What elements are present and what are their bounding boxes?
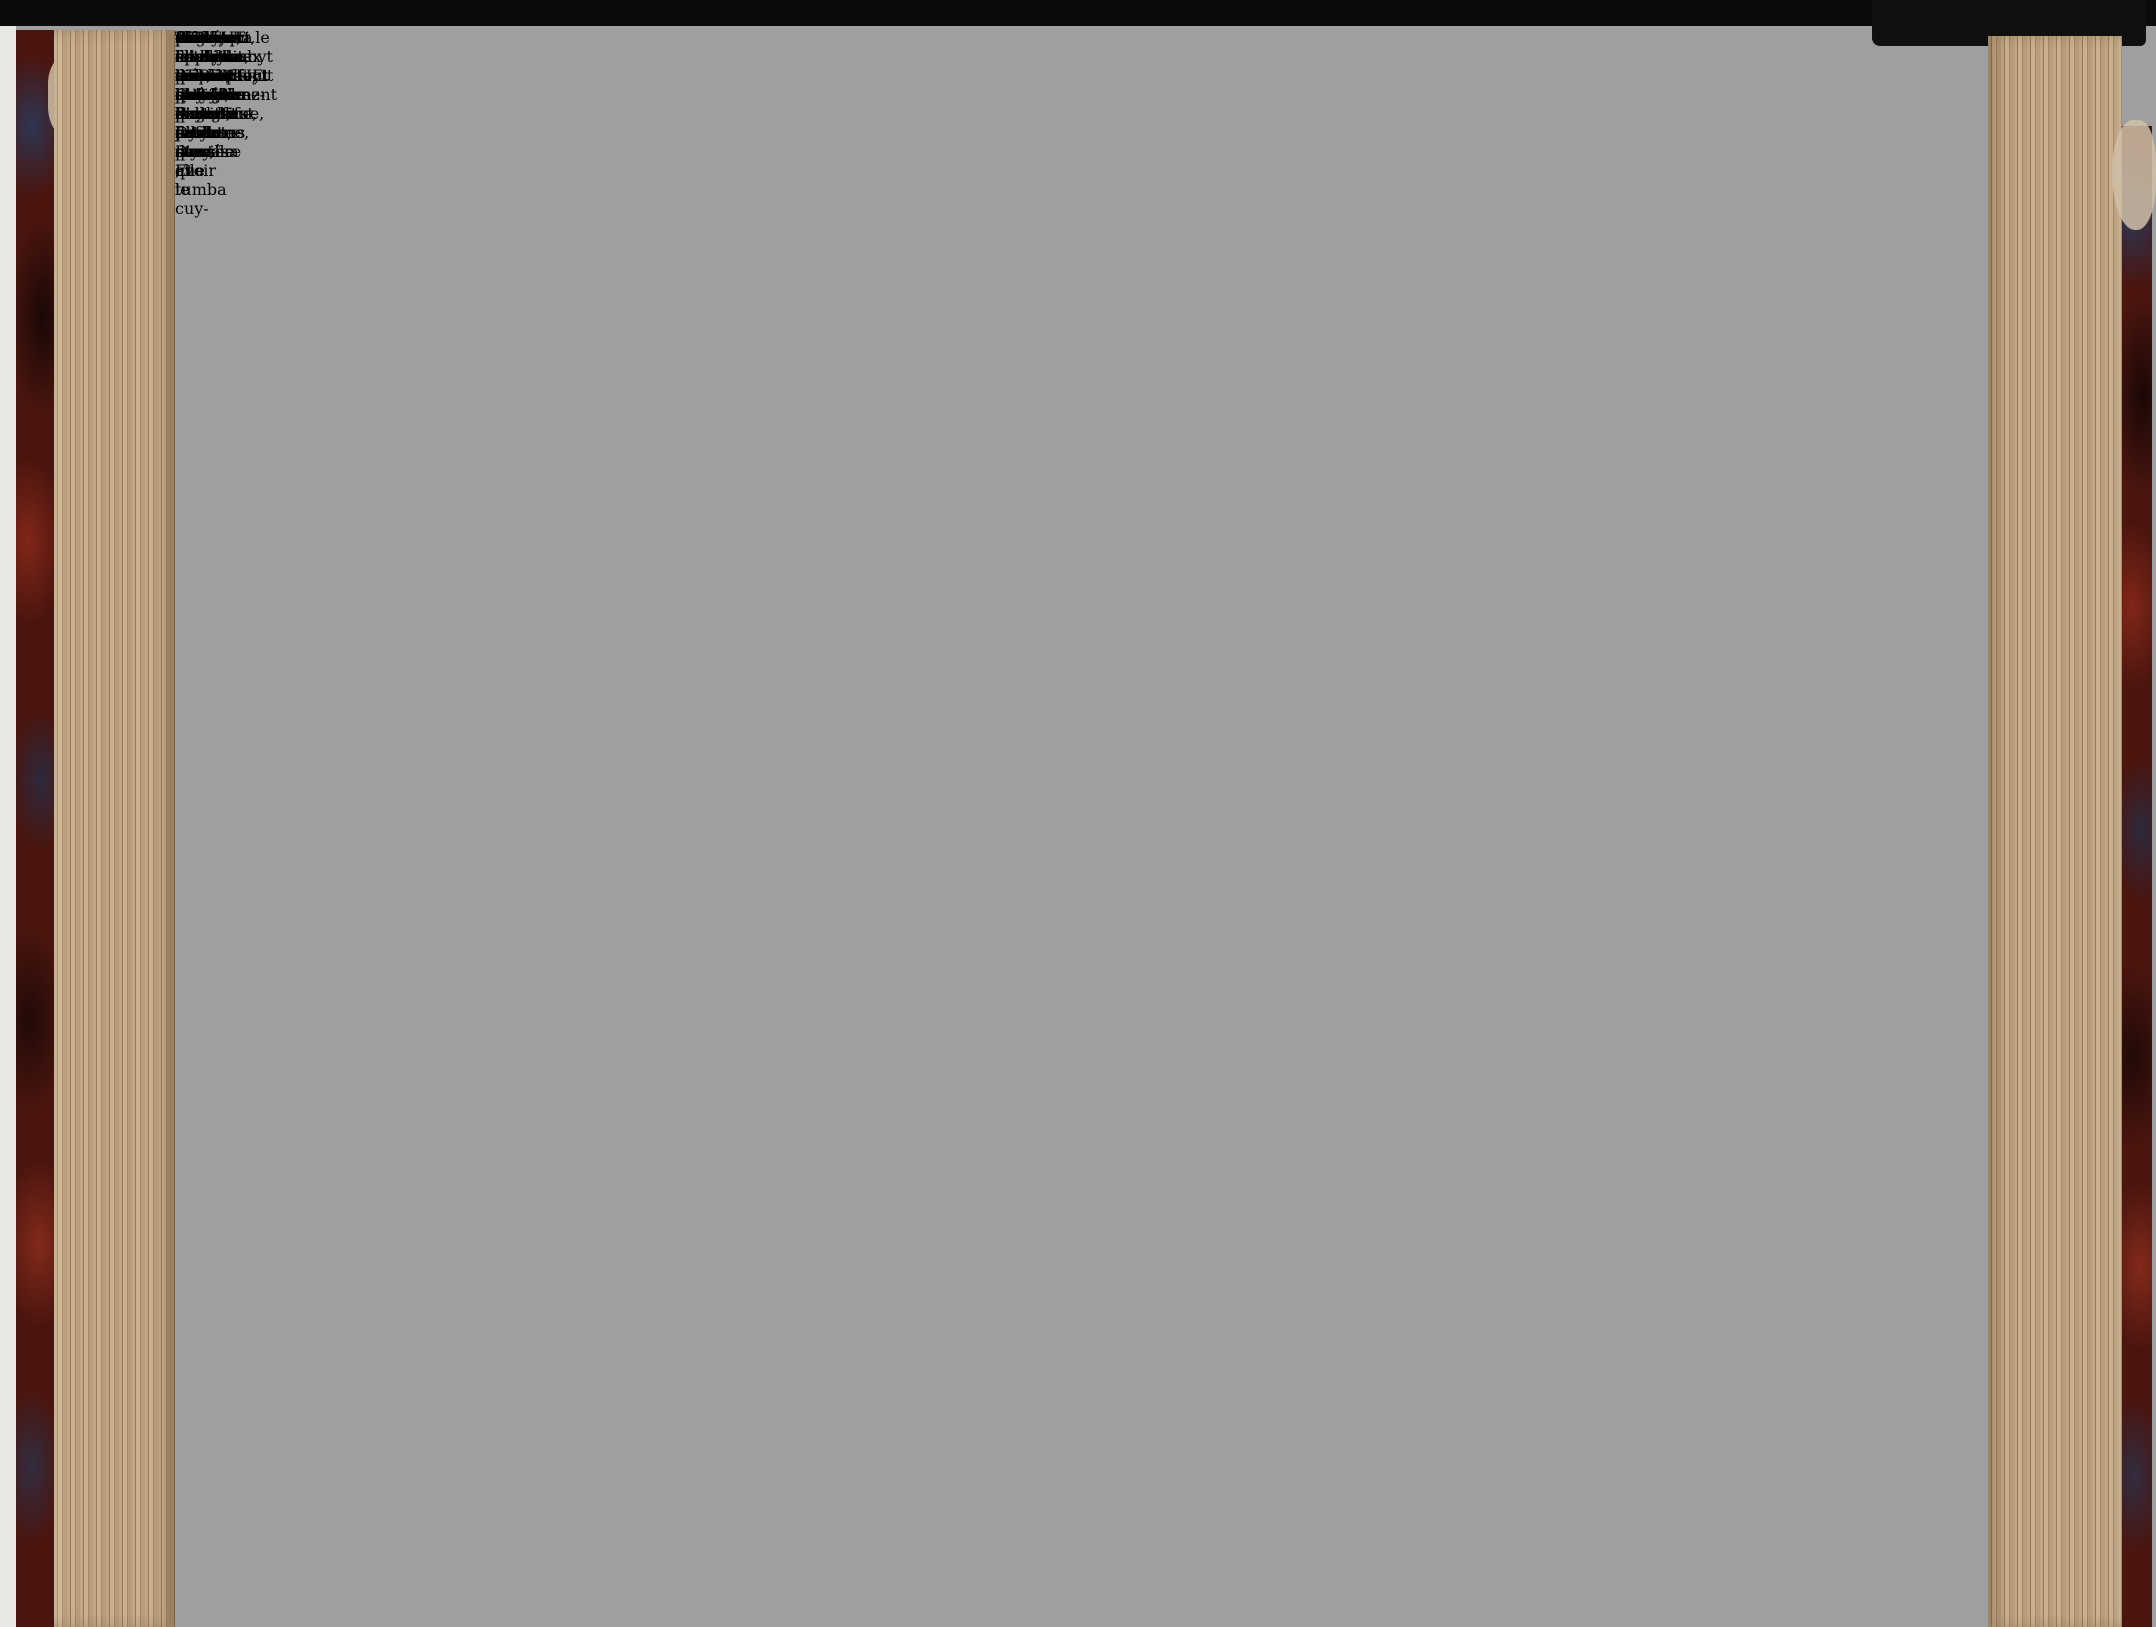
left-page: 172 BERTHE LA REPENTIE. Tel heur se doib… (175, 28, 1010, 1627)
book-cover-left-marbled (16, 30, 54, 1627)
scanner-lid-strip (0, 0, 2156, 26)
scanner-bed-left-strip (0, 26, 16, 1627)
page-edges-left (54, 30, 175, 1627)
book-cover-right-marbled (2122, 126, 2152, 1627)
open-book-photo: 172 BERTHE LA REPENTIE. Tel heur se doib… (0, 0, 2156, 1627)
torn-paper-fragment-right (2112, 120, 2156, 230)
page-edges-right (1988, 36, 2122, 1627)
